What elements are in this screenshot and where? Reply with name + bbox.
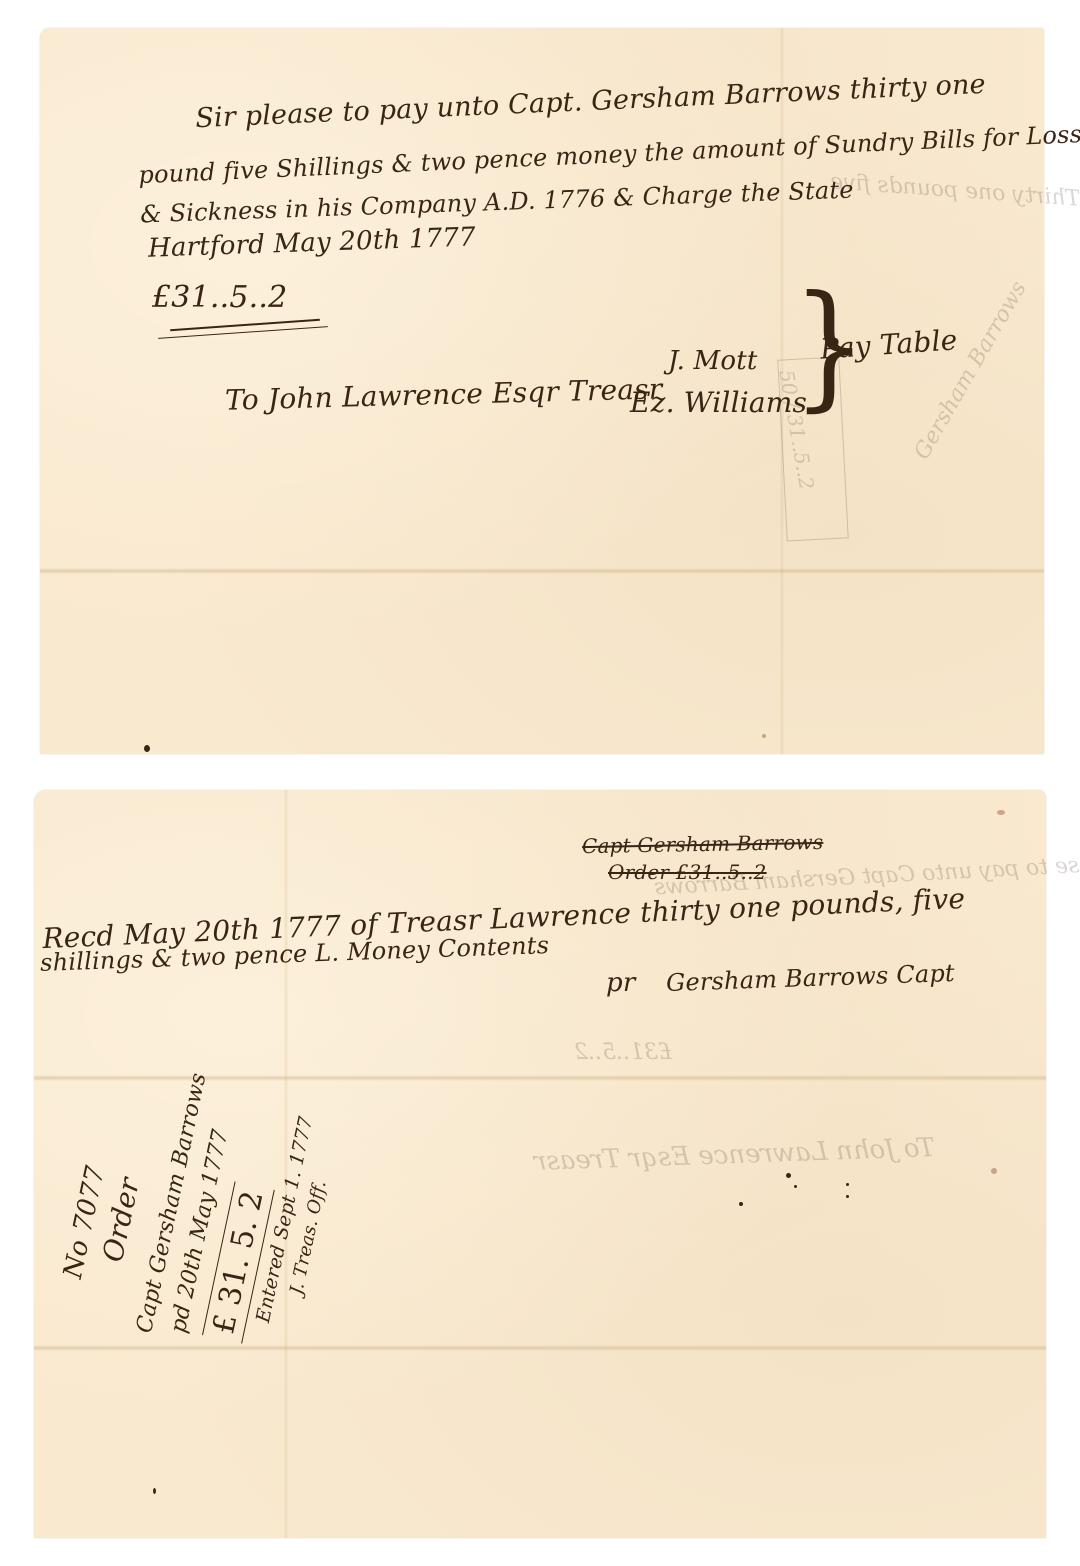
ink-spot: [153, 1488, 156, 1494]
recto-sheet: 50 / 31..5..2 Thirty one pounds five Ger…: [40, 28, 1044, 754]
ink-spot: [786, 1173, 791, 1178]
bleed-through-line-2: £31..5..2: [574, 1040, 672, 1065]
stain-spot: [762, 734, 766, 738]
receipt-signature-mark: pr: [606, 968, 635, 998]
signature-mott: J. Mott: [668, 346, 758, 376]
ink-spot: [846, 1183, 849, 1186]
order-line-1: Sir please to pay unto Capt. Gersham Bar…: [195, 69, 987, 134]
struck-docket-name: Capt Gersham Barrows: [582, 830, 824, 858]
place-date: Hartford May 20th 1777: [148, 222, 477, 263]
amount-underline: [170, 319, 320, 331]
bleed-through-text: Thirty one pounds five: [829, 169, 1080, 211]
ink-spot: [794, 1185, 797, 1188]
ink-spot: [739, 1202, 743, 1206]
fold-line-lower: [34, 1345, 1046, 1351]
addressee: To John Lawrence Esqr Treasr: [225, 372, 663, 416]
bleed-through-docket: Gersham Barrows: [909, 277, 1031, 464]
stain-spot: [997, 810, 1005, 815]
bleed-through-addressee: To John Lawrence Esqr Treasr: [534, 1133, 936, 1177]
verso-sheet: Sir please to pay unto Capt Gersham Barr…: [34, 790, 1046, 1538]
receipt-signature: Gersham Barrows Capt: [666, 959, 956, 997]
struck-docket-amount: Order £31..5..2: [608, 860, 767, 884]
fold-line: [40, 568, 1044, 574]
stain-spot: [991, 1168, 997, 1174]
signature-williams: Ez. Williams: [630, 386, 807, 419]
ink-spot: [144, 745, 150, 752]
amount: £31..5..2: [152, 280, 287, 315]
ink-spot: [846, 1195, 849, 1198]
